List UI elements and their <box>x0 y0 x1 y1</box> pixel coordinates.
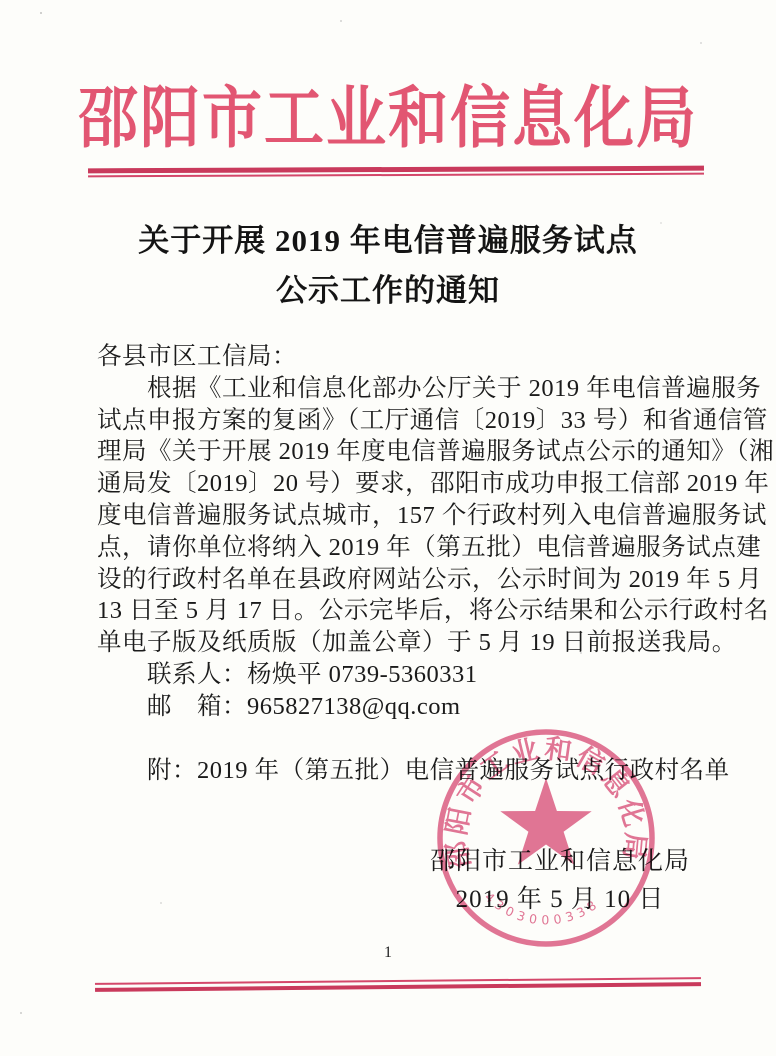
svg-text:4303000338: 4303000338 <box>482 889 601 927</box>
paragraph-line: 点，请你单位将纳入 2019 年（第五批）电信普遍服务试点建 <box>97 532 693 564</box>
contact-person-line: 联系人：杨焕平 0739-5360331 <box>97 659 693 691</box>
seal-star-icon <box>500 778 591 865</box>
footer-rule <box>95 977 701 992</box>
seal-code: 4303000338 <box>482 889 601 927</box>
contact-email-line: 邮 箱：965827138@qq.com <box>97 691 693 723</box>
paragraph-line: 理局《关于开展 2019 年度电信普遍服务试点公示的通知》（湘 <box>97 436 693 468</box>
paragraph-line: 单电子版及纸质版（加盖公章）于 5 月 19 日前报送我局。 <box>97 627 693 659</box>
letterhead-rule <box>88 166 704 178</box>
document-title: 关于开展 2019 年电信普遍服务试点 公示工作的通知 <box>0 216 776 316</box>
scan-speckles <box>40 12 42 14</box>
document-title-line2: 公示工作的通知 <box>0 266 776 316</box>
paragraph-line: 根据《工业和信息化部办公厅关于 2019 年电信普遍服务 <box>97 373 693 405</box>
document-title-line1: 关于开展 2019 年电信普遍服务试点 <box>0 216 776 266</box>
official-seal: 邵阳市工业和信息化局 4303000338 <box>430 722 662 954</box>
letterhead-agency-name: 邵阳市工业和信息化局 <box>0 65 776 161</box>
page-number: 1 <box>0 944 776 962</box>
document-body: 各县市区工信局： 根据《工业和信息化部办公厅关于 2019 年电信普遍服务 试点… <box>97 341 693 786</box>
paragraph-line: 13 日至 5 月 17 日。公示完毕后，将公示结果和公示行政村名 <box>97 595 693 627</box>
salutation-line: 各县市区工信局： <box>97 341 693 373</box>
paragraph-line: 设的行政村名单在县政府网站公示，公示时间为 2019 年 5 月 <box>97 564 693 596</box>
paragraph-line: 通局发〔2019〕20 号）要求，邵阳市成功申报工信部 2019 年 <box>97 468 693 500</box>
paragraph-line: 度电信普遍服务试点城市，157 个行政村列入电信普遍服务试 <box>97 500 693 532</box>
scanned-official-document: 邵阳市工业和信息化局 关于开展 2019 年电信普遍服务试点 公示工作的通知 各… <box>0 0 776 1056</box>
paragraph-line: 试点申报方案的复函》（工厅通信〔2019〕33 号）和省通信管 <box>97 405 693 437</box>
